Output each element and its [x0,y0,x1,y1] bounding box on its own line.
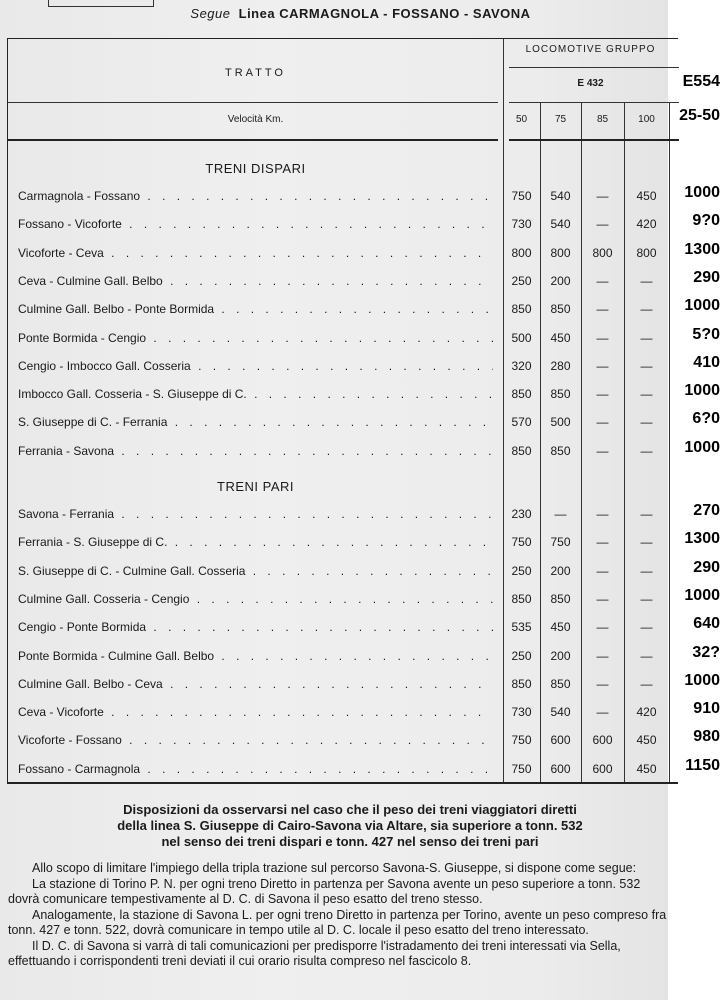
load-value: — [581,677,624,691]
load-value: — [581,535,624,549]
table-row: S. Giuseppe di C. - Culmine Gall. Cosser… [8,564,678,588]
loco-type-extra: E554 [660,73,720,91]
load-value: 750 [503,535,540,549]
route-name: S. Giuseppe di C. - Culmine Gall. Cosser… [18,564,493,578]
table-row: Ceva - Vicoforte730540—420 [8,705,678,729]
notice-paragraph: Allo scopo di limitare l'impiego della t… [8,861,668,877]
handwritten-extra-value: 9?0 [660,212,720,230]
loco-type-header: E 432 [503,78,678,89]
route-name: Ferrania - Savona [18,444,493,458]
load-value: — [581,507,624,521]
load-value: 750 [540,535,581,549]
load-value: — [581,620,624,634]
route-name: Ceva - Vicoforte [18,705,493,719]
handwritten-extra-value: 1000 [660,382,720,400]
route-name: Savona - Ferrania [18,507,493,521]
load-value: 750 [503,762,540,776]
handwritten-extra-value: 1000 [660,439,720,457]
load-value: — [581,649,624,663]
load-value: — [581,564,624,578]
table-row: Vicoforte - Ceva800800800800 [8,246,678,270]
table-row: Cengio - Imbocco Gall. Cosseria320280—— [8,359,678,383]
load-value: 250 [503,564,540,578]
route-name: Culmine Gall. Belbo - Ceva [18,677,493,691]
table-row: Culmine Gall. Belbo - Ceva850850—— [8,677,678,701]
load-value: 250 [503,649,540,663]
table-row: Ferrania - S. Giuseppe di C.750750—— [8,535,678,559]
load-table: TRATTO LOCOMOTIVE GRUPPO E 432 Velocità … [7,38,678,784]
tratto-header: TRATTO [8,67,503,79]
line-title: Linea CARMAGNOLA - FOSSANO - SAVONA [239,6,531,21]
route-name: Cengio - Imbocco Gall. Cosseria [18,359,493,373]
handwritten-extra-value: 5?0 [660,326,720,344]
load-value: 850 [503,592,540,606]
speed-extra: 25-50 [660,107,720,125]
load-value: — [581,189,624,203]
load-value: 850 [503,387,540,401]
route-name: Ferrania - S. Giuseppe di C. [18,535,493,549]
handwritten-extra-value: 410 [660,354,720,372]
handwritten-extra-value: 1150 [660,757,720,775]
load-value: 850 [540,302,581,316]
load-value: 320 [503,359,540,373]
route-name: Fossano - Vicoforte [18,217,493,231]
load-value: 600 [540,762,581,776]
load-value: — [581,415,624,429]
load-value: — [581,592,624,606]
route-name: Ponte Bormida - Cengio [18,331,493,345]
table-row: Ceva - Culmine Gall. Belbo250200—— [8,274,678,298]
load-value: 850 [503,302,540,316]
handwritten-extra-value: 1000 [660,587,720,605]
load-value: — [581,444,624,458]
load-value: 600 [581,733,624,747]
load-value: 570 [503,415,540,429]
load-value: 540 [540,705,581,719]
load-value: 730 [503,705,540,719]
handwritten-extra-value: 980 [660,728,720,746]
speed-50: 50 [503,114,540,125]
segue-label: Segue [190,6,230,21]
load-value: 750 [503,733,540,747]
handwritten-extra-value: 1300 [660,241,720,259]
handwritten-extra-value: 640 [660,615,720,633]
load-value: 750 [503,189,540,203]
notice-body: Allo scopo di limitare l'impiego della t… [8,861,668,970]
table-row: Carmagnola - Fossano750540—450 [8,189,678,213]
table-row: Ponte Bormida - Cengio500450—— [8,331,678,355]
load-value: — [581,274,624,288]
speed-75: 75 [540,114,581,125]
load-value: 250 [503,274,540,288]
table-row: Ferrania - Savona850850—— [8,444,678,468]
load-value: — [540,507,581,521]
notice-paragraph: Analogamente, la stazione di Savona L. p… [8,908,668,939]
route-name: S. Giuseppe di C. - Ferrania [18,415,493,429]
handwritten-extra-value: 270 [660,502,720,520]
table-row: Cengio - Ponte Bormida535450—— [8,620,678,644]
speed-label: Velocità Km. [8,114,503,125]
route-name: Fossano - Carmagnola [18,762,493,776]
notice-paragraph: Il D. C. di Savona si varrà di tali comu… [8,939,668,970]
route-name: Imbocco Gall. Cosseria - S. Giuseppe di … [18,387,493,401]
table-row: Vicoforte - Fossano750600600450 [8,733,678,757]
load-value: 280 [540,359,581,373]
load-value: 800 [581,246,624,260]
load-value: 850 [503,677,540,691]
handwritten-extra-value: 290 [660,559,720,577]
load-value: 600 [581,762,624,776]
load-value: 600 [540,733,581,747]
load-value: 230 [503,507,540,521]
route-name: Culmine Gall. Cosseria - Cengio [18,592,493,606]
load-value: 500 [503,331,540,345]
route-name: Vicoforte - Fossano [18,733,493,747]
table-row: Imbocco Gall. Cosseria - S. Giuseppe di … [8,387,678,411]
load-value: — [581,331,624,345]
load-value: 850 [540,444,581,458]
load-value: 200 [540,649,581,663]
table-row: Savona - Ferrania230——— [8,507,678,531]
load-value: 535 [503,620,540,634]
table-row: Fossano - Carmagnola750600600450 [8,762,678,786]
handwritten-extra-value: 1300 [660,530,720,548]
handwritten-extra-value: 290 [660,269,720,287]
load-value: 200 [540,274,581,288]
table-row: Fossano - Vicoforte730540—420 [8,217,678,241]
load-value: 800 [540,246,581,260]
table-row: Culmine Gall. Belbo - Ponte Bormida85085… [8,302,678,326]
locomotive-group-header: LOCOMOTIVE GRUPPO [503,44,678,55]
handwritten-extra-value: 1000 [660,184,720,202]
route-name: Ceva - Culmine Gall. Belbo [18,274,493,288]
load-value: 450 [540,620,581,634]
load-value: 450 [540,331,581,345]
handwritten-extra-value: 1000 [660,297,720,315]
route-name: Ponte Bormida - Culmine Gall. Belbo [18,649,493,663]
load-value: 540 [540,217,581,231]
load-value: — [581,387,624,401]
load-value: — [581,217,624,231]
load-value: — [581,705,624,719]
load-value: 850 [503,444,540,458]
route-name: Vicoforte - Ceva [18,246,493,260]
table-row: Culmine Gall. Cosseria - Cengio850850—— [8,592,678,616]
notice-paragraph: La stazione di Torino P. N. per ogni tre… [8,877,668,908]
load-value: 730 [503,217,540,231]
load-value: 850 [540,677,581,691]
route-name: Carmagnola - Fossano [18,189,493,203]
table-row: Ponte Bormida - Culmine Gall. Belbo25020… [8,649,678,673]
speed-85: 85 [581,114,624,125]
handwritten-extra-value: 910 [660,700,720,718]
load-value: 500 [540,415,581,429]
load-value: — [581,302,624,316]
section-treni-pari: TRENI PARI [8,479,503,494]
load-value: 850 [540,592,581,606]
load-value: 850 [540,387,581,401]
load-value: 540 [540,189,581,203]
route-name: Cengio - Ponte Bormida [18,620,493,634]
page-title: Segue Linea CARMAGNOLA - FOSSANO - SAVON… [0,6,721,21]
load-value: — [581,359,624,373]
handwritten-extra-value: 1000 [660,672,720,690]
load-value: 800 [503,246,540,260]
handwritten-extra-value: 6?0 [660,410,720,428]
notice-title: Disposizioni da osservarsi nel caso che … [30,802,670,850]
route-name: Culmine Gall. Belbo - Ponte Bormida [18,302,493,316]
load-value: 200 [540,564,581,578]
section-treni-dispari: TRENI DISPARI [8,161,503,176]
handwritten-extra-value: 32? [660,644,720,662]
table-row: S. Giuseppe di C. - Ferrania570500—— [8,415,678,439]
